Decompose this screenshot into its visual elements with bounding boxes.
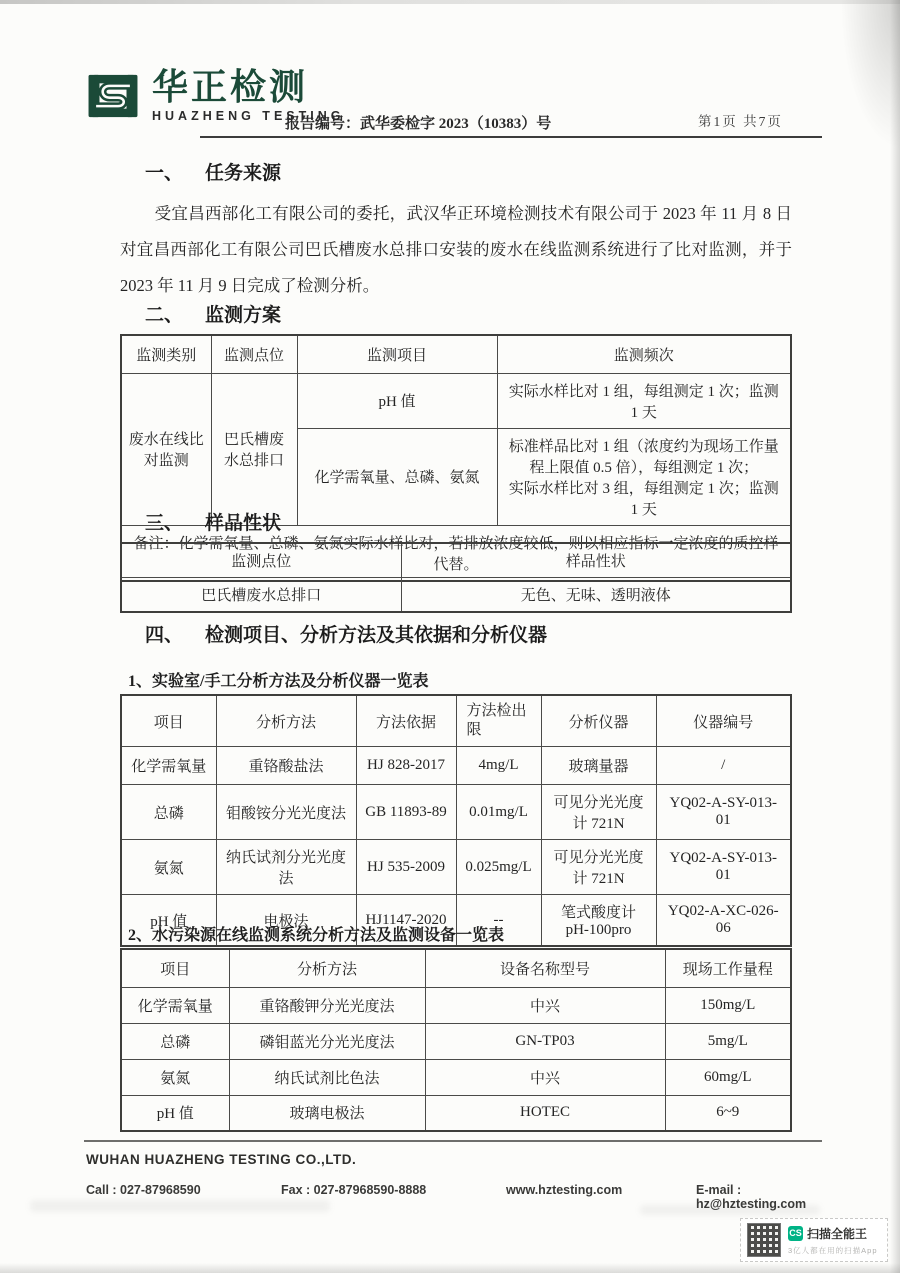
header-divider: [200, 136, 822, 138]
table-row: 化学需氧量 重铬酸钾分光光度法 中兴 150mg/L: [121, 987, 791, 1023]
item-cell: 化学需氧量、总磷、氨氮: [297, 428, 497, 525]
footer-email: E-mail : hz@hztesting.com: [696, 1183, 816, 1211]
table-header-row: 项目 分析方法 方法依据 方法检出限 分析仪器 仪器编号: [121, 695, 791, 747]
item-cell: pH 值: [297, 373, 497, 428]
scan-edge-bottom: [0, 1263, 900, 1273]
section1-heading: 一、任务来源: [145, 158, 281, 185]
footer-divider: [84, 1140, 822, 1142]
table-row: 巴氏槽废水总排口 无色、无味、透明液体: [121, 578, 791, 613]
report-page: 华正检测 HUAZHENG TESTING 报告编号：武华委检字 2023（10…: [0, 0, 900, 1273]
section1-paragraph: 受宜昌西部化工有限公司的委托，武汉华正环境检测技术有限公司于 2023 年 11…: [120, 196, 792, 304]
online-system-table: 项目 分析方法 设备名称型号 现场工作量程 化学需氧量 重铬酸钾分光光度法 中兴…: [120, 948, 792, 1132]
footer-fax: Fax : 027-87968590-8888: [281, 1183, 506, 1211]
table-header-row: 监测点位 样品性状: [121, 543, 791, 578]
scan-corner-shade: [840, 0, 900, 150]
scan-edge-top: [0, 0, 900, 4]
lab-methods-table: 项目 分析方法 方法依据 方法检出限 分析仪器 仪器编号 化学需氧量 重铬酸盐法…: [120, 694, 792, 947]
section3-heading: 三、样品性状: [145, 508, 281, 535]
table-header-row: 监测类别 监测点位 监测项目 监测频次: [121, 335, 791, 373]
footer-contacts: Call : 027-87968590 Fax : 027-87968590-8…: [86, 1183, 816, 1211]
camscanner-icon: CS: [788, 1226, 803, 1241]
footer-website: www.hztesting.com: [506, 1183, 696, 1211]
sample-character-table: 监测点位 样品性状 巴氏槽废水总排口 无色、无味、透明液体: [120, 542, 792, 613]
monitor-point-cell: 巴氏槽废水总排口: [211, 373, 297, 525]
table-row: 总磷 钼酸铵分光光度法 GB 11893-89 0.01mg/L 可见分光光度计…: [121, 785, 791, 840]
footer-phone: Call : 027-87968590: [86, 1183, 281, 1211]
frequency-cell: 标准样品比对 1 组（浓度约为现场工作量程上限值 0.5 倍），每组测定 1 次…: [497, 428, 791, 525]
table-row: 总磷 磷钼蓝光分光光度法 GN-TP03 5mg/L: [121, 1023, 791, 1059]
report-number: 报告编号：武华委检字 2023（10383）号: [285, 112, 551, 133]
table-row: 氨氮 纳氏试剂比色法 中兴 60mg/L: [121, 1059, 791, 1095]
qr-code-icon: [747, 1223, 781, 1257]
page-number: 第1页 共7页: [698, 110, 783, 130]
table-row: pH 值 玻璃电极法 HOTEC 6~9: [121, 1095, 791, 1131]
table-row: 废水在线比对监测 巴氏槽废水总排口 pH 值 实际水样比对 1 组，每组测定 1…: [121, 373, 791, 428]
footer-company-name: WUHAN HUAZHENG TESTING CO.,LTD.: [86, 1152, 356, 1167]
subsection2-heading: 2、水污染源在线监测系统分析方法及监测设备一览表: [128, 922, 504, 945]
frequency-cell: 实际水样比对 1 组，每组测定 1 次；监测 1 天: [497, 373, 791, 428]
scan-edge-right: [890, 0, 900, 1273]
monitor-category-cell: 废水在线比对监测: [121, 373, 211, 525]
table-row: 氨氮 纳氏试剂分光光度法 HJ 535-2009 0.025mg/L 可见分光光…: [121, 840, 791, 895]
section2-heading: 二、监测方案: [145, 300, 281, 327]
subsection1-heading: 1、实验室/手工分析方法及分析仪器一览表: [128, 668, 428, 691]
huazheng-logo-icon: [86, 68, 140, 124]
section4-heading: 四、检测项目、分析方法及其依据和分析仪器: [145, 620, 547, 647]
camscanner-watermark: CS 扫描全能王 3亿人都在用的扫描App: [740, 1218, 888, 1262]
table-row: 化学需氧量 重铬酸盐法 HJ 828-2017 4mg/L 玻璃量器 /: [121, 747, 791, 785]
logo-name-cn: 华正检测: [152, 68, 344, 106]
camscanner-tagline: 3亿人都在用的扫描App: [788, 1245, 878, 1256]
camscanner-app-name: 扫描全能王: [807, 1225, 867, 1242]
table-header-row: 项目 分析方法 设备名称型号 现场工作量程: [121, 949, 791, 987]
